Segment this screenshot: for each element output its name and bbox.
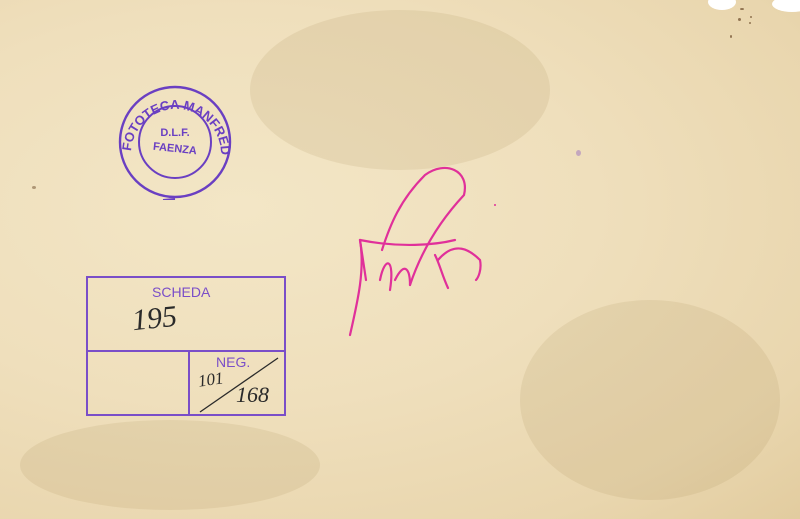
stamp-inner-line1: D.L.F. (160, 127, 189, 139)
photo-back: FOTOTECA MANFREDIANA D.L.F. FAENZA SCHED… (0, 0, 800, 519)
age-stain (250, 10, 550, 170)
dirt-spot (750, 16, 752, 18)
box-divider (88, 350, 284, 352)
fototeca-round-stamp: FOTOTECA MANFREDIANA D.L.F. FAENZA (117, 84, 233, 200)
stamp-inner-line2: FAENZA (152, 141, 197, 158)
dirt-spot (738, 18, 741, 21)
dirt-spot (740, 8, 744, 10)
age-stain (20, 420, 320, 510)
scheda-number: 195 (130, 300, 178, 339)
dirt-spot (749, 22, 751, 24)
archive-record-box: SCHEDA 195 NEG. 101 168 (86, 276, 286, 416)
neg-fraction-slash (190, 354, 286, 416)
dirt-spot (32, 186, 36, 189)
age-stain (520, 300, 780, 500)
ink-smudge (576, 150, 581, 156)
pink-signature (340, 160, 500, 340)
paper-edge-tear (708, 0, 736, 10)
dirt-spot (730, 35, 732, 38)
paper-edge-tear (772, 0, 800, 12)
scheda-label: SCHEDA (152, 284, 210, 300)
